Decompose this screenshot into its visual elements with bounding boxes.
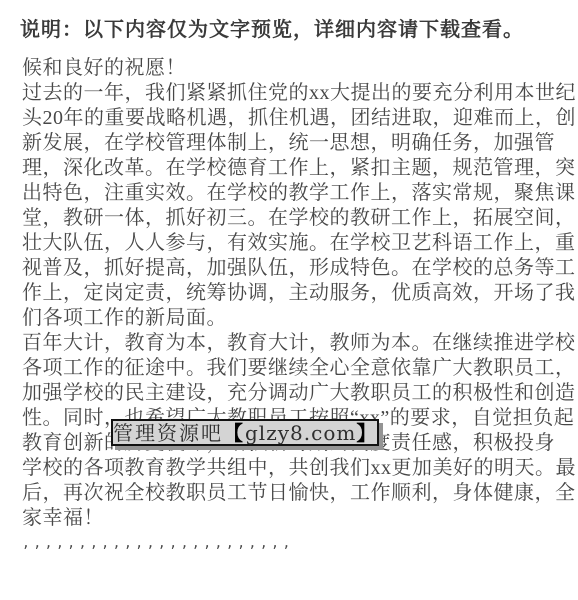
text-line: 视普及，抓好提高，加强队伍，形成特色。在学校的总务等工 bbox=[22, 256, 567, 281]
text-line: 出特色，注重实效。在学校的教学工作上，落实常规，聚焦课 bbox=[22, 181, 567, 206]
preview-notice: 说明：以下内容仅为文字预览，详细内容请下载查看。 bbox=[20, 13, 524, 42]
document-body: 候和良好的祝愿！ 过去的一年，我们紧紧抓住党的xx大提出的要充分利用本世纪 头2… bbox=[22, 56, 567, 556]
text-line: 学校的各项教育教学共组中，共创我们xx更加美好的明天。最 bbox=[22, 456, 567, 481]
preview-page: { "header": { "notice": "说明：以下内容仅为文字预览，详… bbox=[0, 0, 578, 600]
text-line: 候和良好的祝愿！ bbox=[22, 56, 567, 81]
text-line: 新发展，在学校管理体制上，统一思想，明确任务，加强管 bbox=[22, 131, 567, 156]
watermark-label: 管理资源吧 bbox=[113, 423, 223, 445]
text-line: 们各项工作的新局面。 bbox=[22, 306, 567, 331]
watermark-site: glzy8.com bbox=[245, 421, 356, 445]
text-line: 各项工作的征途中。我们要继续全心全意依靠广大教职员工， bbox=[22, 356, 567, 381]
watermark-badge: 管理资源吧【glzy8.com】 bbox=[111, 419, 379, 446]
text-line: 加强学校的民主建设，充分调动广大教职员工的积极性和创造 bbox=[22, 381, 567, 406]
text-line: 百年大计，教育为本，教育大计，教师为本。在继续推进学校 bbox=[22, 331, 567, 356]
watermark-bracket-close: 】 bbox=[356, 423, 378, 445]
watermark-bracket-open: 【 bbox=[223, 423, 245, 445]
text-line: 头20年的重要战略机遇，抓住机遇，团结进取，迎难而上，创 bbox=[22, 106, 567, 131]
text-line: 理，深化改革。在学校德育工作上，紧扣主题，规范管理，突 bbox=[22, 156, 567, 181]
text-line: 堂，教研一体，抓好初三。在学校的教研工作上，拓展空间， bbox=[22, 206, 567, 231]
text-line: 过去的一年，我们紧紧抓住党的xx大提出的要充分利用本世纪 bbox=[22, 81, 567, 106]
text-line: 家幸福！ bbox=[22, 506, 567, 531]
text-line: 作上，定岗定责，统筹协调，主动服务，优质高效，开场了我 bbox=[22, 281, 567, 306]
text-line: 后，再次祝全校教职员工节日愉快，工作顺利，身体健康，全 bbox=[22, 481, 567, 506]
ellipsis-line: ,,,,,,,,,,,,,,,,,,,,,,,, bbox=[22, 531, 567, 556]
text-line: 壮大队伍，人人参与，有效实施。在学校卫艺科语工作上，重 bbox=[22, 231, 567, 256]
